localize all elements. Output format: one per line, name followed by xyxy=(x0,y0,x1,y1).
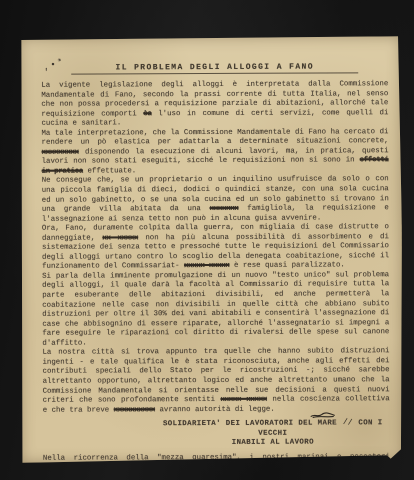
document-body: La vigente legislazione degli alloggi è … xyxy=(41,80,389,416)
paragraph: Ora, Fano, duramente colpita dalla guerr… xyxy=(42,223,389,272)
body-text: avranno autorità di legge. xyxy=(155,405,275,414)
body-text: Ma tale interpretazione, che la Commissi… xyxy=(41,128,388,147)
pen-scribble-icon xyxy=(310,412,336,420)
paper-sheet: ,•* IL PROBLEMA DEGLI ALLOGGI A FANO La … xyxy=(19,36,403,463)
struck-text: xxxxx xxxxx xyxy=(184,262,230,270)
struck-text: xxxxx xxxxx xyxy=(220,396,267,404)
footer-line: Nella ricorrenza della "mezza quaresima"… xyxy=(43,453,390,463)
subheading-line2: INABILI AL LAVORO xyxy=(232,439,314,447)
paragraph: Si parla della imminente promulgazione d… xyxy=(42,271,389,349)
body-text: è rese quasi paralizzato. xyxy=(229,262,344,271)
struck-text: xxxxxxxxx xyxy=(42,148,79,156)
subheading-part1: SOLIDARIETA' DEI LAVORATORI DEL MARE xyxy=(163,420,337,429)
paragraph: Ma tale interpretazione, che la Commissi… xyxy=(41,128,388,177)
paragraph: La vigente legislazione degli alloggi è … xyxy=(41,80,388,129)
struck-text: xx xxxxx xyxy=(102,234,138,242)
paragraph: Ne consegue che, se un proprietario o un… xyxy=(42,176,389,225)
document-content: IL PROBLEMA DEGLI ALLOGGI A FANO La vige… xyxy=(41,62,390,455)
body-text: Si parla della imminente promulgazione d… xyxy=(42,271,389,347)
body-text: effettuate. xyxy=(83,167,136,175)
struck-text: xxxxxxx xyxy=(210,205,239,213)
page-title: IL PROBLEMA DEGLI ALLOGGI A FANO xyxy=(71,62,358,74)
paragraph: La nostra città si trova appunto tra que… xyxy=(42,348,389,416)
body-text: disponendo la esecuzione di alcuni lavor… xyxy=(42,147,389,166)
struck-text: èa xyxy=(143,110,151,118)
photographed-document-page: { "page": { "background_color": "#141414… xyxy=(0,0,414,480)
struck-text: xxxxxxxxxx xyxy=(114,406,155,414)
pen-slash-icon: ∕∕ xyxy=(342,418,353,431)
subheading: SOLIDARIETA' DEI LAVORATORI DEL MARE ∕∕ … xyxy=(148,419,398,449)
